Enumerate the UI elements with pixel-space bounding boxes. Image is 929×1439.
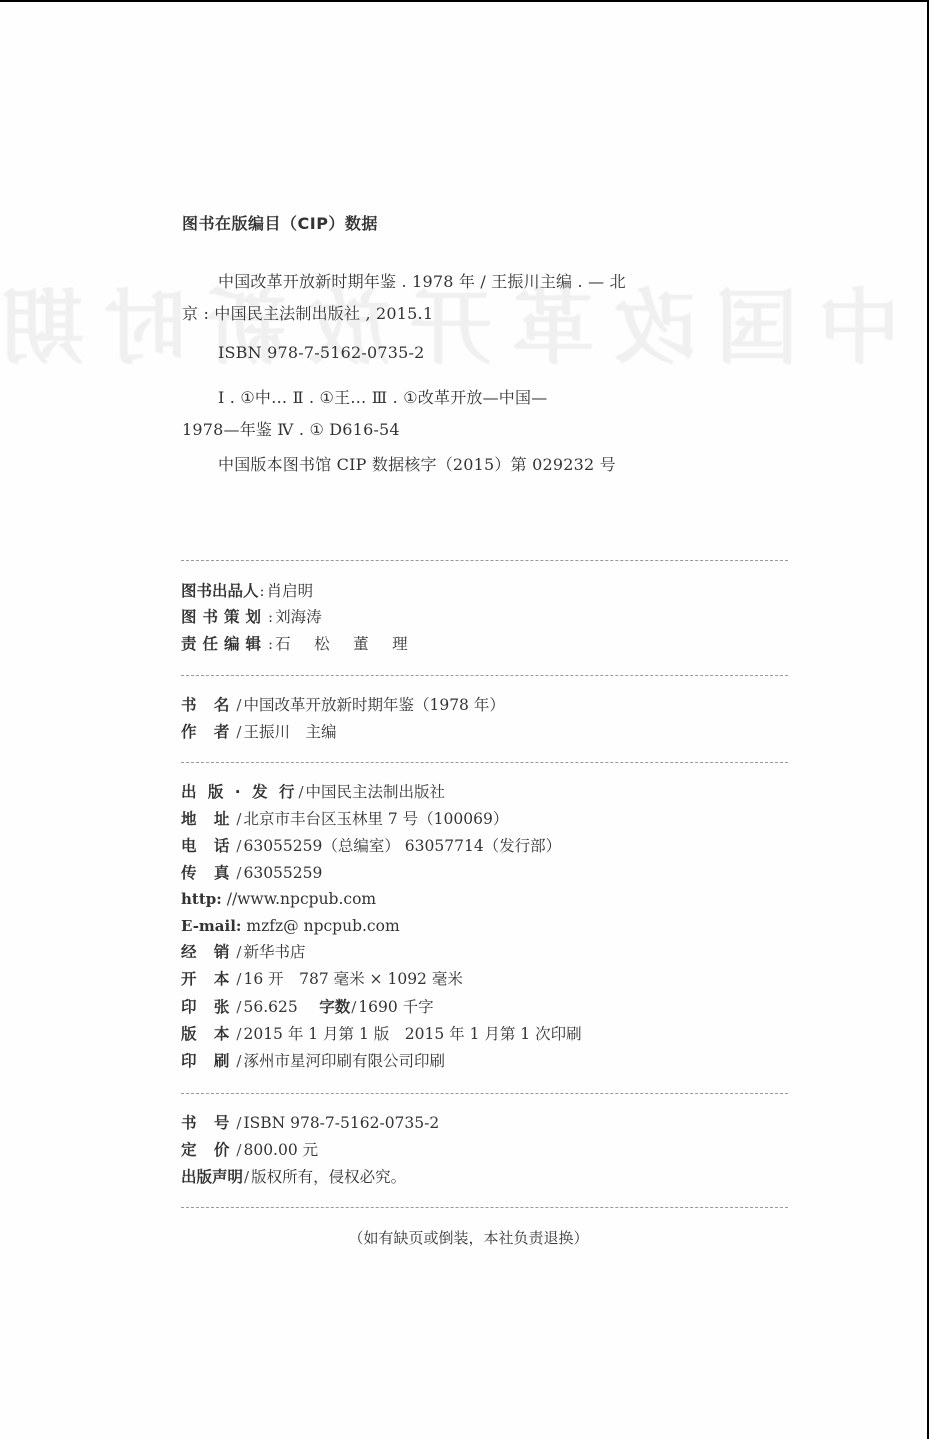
field-value: ISBN 978-7-5162-0735-2 xyxy=(243,1114,439,1132)
book-row-title: 书 名/中国改革开放新时期年鉴（1978 年） xyxy=(181,695,505,715)
field-separator: : xyxy=(259,582,267,600)
pricing-row-price: 定 价/800.00 元 xyxy=(181,1140,318,1160)
pricing-row-isbn: 书 号/ISBN 978-7-5162-0735-2 xyxy=(181,1113,439,1133)
field-label: 定 价 xyxy=(181,1141,235,1159)
email-link[interactable]: mzfz@ npcpub.com xyxy=(241,917,399,935)
cip-line-publisher: 京 : 中国民主法制出版社 , 2015.1 xyxy=(182,304,433,324)
field-label: 书 号 xyxy=(181,1114,235,1132)
word-count-value: 1690 千字 xyxy=(358,998,433,1016)
pub-row-sheets: 印 张/56.625 字数/1690 千字 xyxy=(181,997,434,1017)
field-separator: / xyxy=(297,783,305,801)
field-value: 石 松 董 理 xyxy=(275,635,412,653)
website-link[interactable]: //www.npcpub.com xyxy=(222,890,376,908)
field-value: 版权所有，侵权必究。 xyxy=(251,1168,406,1186)
staff-row-editors: 责任编辑:石 松 董 理 xyxy=(181,634,412,654)
pricing-row-statement: 出版声明/版权所有，侵权必究。 xyxy=(181,1167,406,1187)
pub-row-edition: 版 本/2015 年 1 月第 1 版 2015 年 1 月第 1 次印刷 xyxy=(181,1024,582,1044)
pub-row-publisher: 出 版 · 发 行/中国民主法制出版社 xyxy=(181,782,445,802)
divider xyxy=(181,675,788,676)
field-label: 出 版 · 发 行 xyxy=(181,783,297,801)
field-label: 印 刷 xyxy=(181,1052,235,1070)
pub-row-address: 地 址/北京市丰台区玉林里 7 号（100069） xyxy=(181,809,508,829)
field-label: 电 话 xyxy=(181,837,235,855)
staff-row-producer: 图书出品人:肖启明 xyxy=(181,581,313,601)
pub-row-printer: 印 刷/涿州市星河印刷有限公司印刷 xyxy=(181,1051,445,1071)
field-label: 图书出品人 xyxy=(181,582,259,600)
pub-row-email: E-mail: mzfz@ npcpub.com xyxy=(181,916,400,936)
footer-note: （如有缺页或倒装，本社负责退换） xyxy=(0,1227,929,1248)
field-label: 书 名 xyxy=(181,696,235,714)
field-label: 作 者 xyxy=(181,723,235,741)
field-value: 63055259（总编室） 63057714（发行部） xyxy=(243,837,561,855)
field-label: 开 本 xyxy=(181,970,235,988)
field-label: 图书策划 xyxy=(181,608,267,626)
field-value: 56.625 xyxy=(243,998,313,1016)
cip-line-subjects: Ⅰ . ①中… Ⅱ . ①王… Ⅲ . ①改革开放—中国— xyxy=(218,388,547,408)
field-value: 王振川 主编 xyxy=(243,723,336,741)
pub-row-distributor: 经 销/新华书店 xyxy=(181,942,305,962)
field-value: 63055259 xyxy=(243,864,322,882)
divider xyxy=(181,1093,788,1094)
field-value: 北京市丰台区玉林里 7 号（100069） xyxy=(243,810,508,828)
field-value: 16 开 787 毫米 × 1092 毫米 xyxy=(243,970,462,988)
divider xyxy=(181,762,788,763)
field-separator: : xyxy=(267,608,275,626)
word-count-label: 字数 xyxy=(319,998,350,1016)
cip-line-isbn: ISBN 978-7-5162-0735-2 xyxy=(218,343,425,363)
copyright-page: 中国改革开放新时期年鉴 图书在版编目（CIP）数据 中国改革开放新时期年鉴 . … xyxy=(0,0,929,1439)
field-label: 出版声明 xyxy=(181,1168,243,1186)
pub-row-website: http: //www.npcpub.com xyxy=(181,889,376,909)
cip-heading: 图书在版编目（CIP）数据 xyxy=(182,211,378,234)
field-value: 新华书店 xyxy=(243,943,305,961)
staff-row-planner: 图书策划:刘海涛 xyxy=(181,607,322,627)
field-separator: : xyxy=(267,635,275,653)
field-label: 地 址 xyxy=(181,810,235,828)
cip-line-classification: 1978—年鉴 Ⅳ . ① D616-54 xyxy=(182,420,400,440)
field-label: 责任编辑 xyxy=(181,635,267,653)
pub-row-format: 开 本/16 开 787 毫米 × 1092 毫米 xyxy=(181,969,463,989)
field-label: http: xyxy=(181,890,222,908)
divider xyxy=(181,560,788,561)
field-value: 肖启明 xyxy=(267,582,314,600)
field-label: E-mail: xyxy=(181,917,241,935)
field-value: 800.00 元 xyxy=(243,1141,318,1159)
pub-row-fax: 传 真/63055259 xyxy=(181,863,322,883)
field-label: 传 真 xyxy=(181,864,235,882)
book-row-author: 作 者/王振川 主编 xyxy=(181,722,336,742)
field-label: 版 本 xyxy=(181,1025,235,1043)
field-value: 刘海涛 xyxy=(275,608,322,626)
field-value: 涿州市星河印刷有限公司印刷 xyxy=(243,1052,445,1070)
field-value: 2015 年 1 月第 1 版 2015 年 1 月第 1 次印刷 xyxy=(243,1025,581,1043)
cip-line-title: 中国改革开放新时期年鉴 . 1978 年 / 王振川主编 . — 北 xyxy=(218,272,626,292)
bleed-through-ghost-text: 中国改革开放新时期年鉴 xyxy=(20,284,900,374)
field-label: 经 销 xyxy=(181,943,235,961)
field-value: 中国民主法制出版社 xyxy=(306,783,446,801)
field-value: 中国改革开放新时期年鉴（1978 年） xyxy=(243,696,504,714)
cip-line-record-number: 中国版本图书馆 CIP 数据核字（2015）第 029232 号 xyxy=(218,455,616,475)
field-label: 印 张 xyxy=(181,998,235,1016)
pub-row-phone: 电 话/63055259（总编室） 63057714（发行部） xyxy=(181,836,561,856)
field-separator: / xyxy=(243,1168,251,1186)
divider xyxy=(181,1207,788,1208)
